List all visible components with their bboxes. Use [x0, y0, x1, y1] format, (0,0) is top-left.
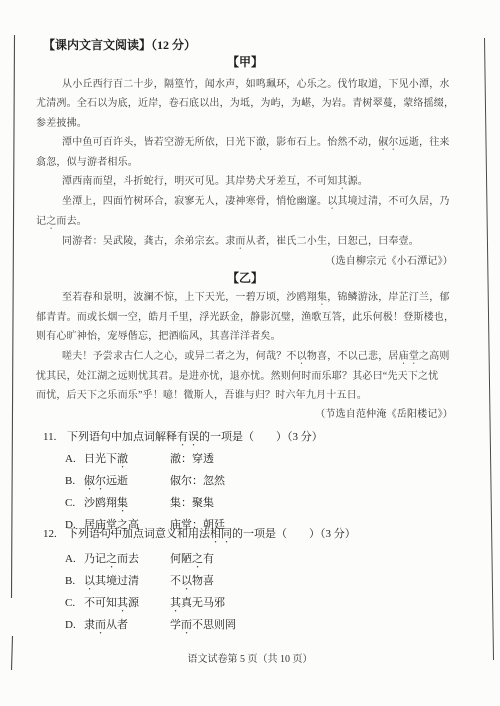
question-stem: 下列语句中加点词解释有误的一项是（ ）（3 分） — [67, 427, 323, 449]
q11-option-c: C. 沙鸥翔集 集：聚集 — [36, 493, 464, 515]
option-letter: B. — [65, 471, 84, 493]
text-segment: 有 — [203, 553, 214, 565]
option-letter: B. — [65, 571, 84, 593]
option-letter: C. — [65, 493, 84, 515]
text-segment: 隶 — [84, 619, 95, 631]
emphasized-text: 其 — [337, 176, 347, 187]
q12-option-d: D. 隶而从者 学而不思则罔 — [36, 615, 464, 637]
passage-line: 尤清冽。全石以为底，近岸，卷石底以出，为坻，为屿，为嵁，为岩。青树翠蔓，蒙络摇缀… — [36, 94, 454, 113]
section-header: 【课内文言文阅读】（12 分） — [43, 37, 196, 53]
q12-option-c: C. 不可知其源 其真无马邪 — [36, 593, 464, 615]
option-phrase-left: 乃记之而去 — [84, 549, 170, 571]
passage-line: 潭中鱼可百许头，皆若空游无所依，日光下澈，影布石上。怡然不动，俶尔远逝，往来 — [36, 133, 454, 153]
passage-line: 嗟夫！予尝求古仁人之心，或异二者之为，何哉？不以物喜，不以己悲，居庙堂之高则 — [36, 347, 454, 367]
option-gloss: 集：聚集 — [170, 493, 214, 515]
option-letter: C. — [65, 593, 84, 615]
q12-option-b: B. 以其境过清 不以物喜 — [36, 571, 464, 593]
text-segment: 不 — [170, 575, 181, 587]
emphasized-text: 之 — [192, 553, 203, 565]
passage-line: 从小丘西行百二十步，隔篁竹，闻水声，如鸣珮环，心乐之。伐竹取道，下见小潭，水 — [36, 75, 454, 94]
emphasized-text: 而 — [235, 236, 245, 247]
text-segment: 澈：穿透 — [170, 453, 214, 465]
emphasized-text: 有误 — [177, 431, 199, 443]
text-segment: 不思则罔 — [192, 619, 236, 631]
text-segment: 下列语句中加点词解释 — [67, 431, 177, 443]
text-segment: ，影布石上。怡然不动， — [266, 137, 378, 148]
passage-line: 坐潭上，四面竹树环合，寂寥无人，凄神寒骨，悄怆幽邃。以其境过清，不可久居，乃 — [36, 192, 454, 212]
passage-yi-title: 【乙】 — [36, 270, 454, 286]
text-segment: 翕忽，似与游者相乐。 — [36, 157, 138, 168]
q12-option-a: A. 乃记之而去 何陋之有 — [36, 549, 464, 571]
text-segment: 何陋 — [170, 553, 192, 565]
question-11-stem-row: 11. 下列语句中加点词解释有误的一项是（ ）（3 分） — [36, 427, 464, 449]
text-segment: 物喜，不以己悲，居 — [307, 351, 399, 362]
option-phrase-left: 不可知其源 — [84, 593, 170, 615]
text-segment: 至若春和景明，波澜不惊，上下天光，一碧万顷，沙鸥翔 — [62, 292, 317, 303]
passage-jia-attribution: （选自柳宗元《小石潭记》） — [36, 252, 454, 271]
page-footer: 语文试卷第 5 页（共 10 页） — [0, 652, 500, 668]
emphasized-text: 澈 — [117, 453, 128, 465]
text-segment: 郁青青。而或长烟一空，皓月千里，浮光跃金，静影沉璧，渔歌互答，此乐何极！登斯楼也… — [36, 312, 454, 323]
option-phrase: 俶尔远逝 — [84, 471, 170, 493]
passage-line: 同游者：吴武陵，龚古，余弟宗玄。隶而从者，崔氏二小生，曰恕己，曰奉壹。 — [36, 232, 454, 252]
text-segment: 而忧，后天下之乐而乐”乎！噫！微斯人，吾谁与归？时六年九月十五日。 — [36, 390, 367, 401]
scan-edge-right — [485, 38, 494, 660]
emphasized-text: 之 — [46, 216, 56, 227]
emphasized-text: 以 — [84, 575, 95, 587]
text-segment: 下列语句中加点词意义和用法 — [67, 528, 210, 540]
text-segment: 学 — [170, 619, 181, 631]
text-segment: 的一项是（ ）（3 分） — [199, 431, 323, 443]
q11-option-a: A. 日光下澈 澈：穿透 — [36, 449, 464, 471]
text-segment: 集：聚集 — [170, 497, 214, 509]
question-12-options: A. 乃记之而去 何陋之有 B. 以其境过清 不以物喜 C. 不可知其源 其真无… — [36, 549, 464, 637]
emphasized-text: 集 — [317, 292, 327, 303]
option-gloss: 澈：穿透 — [170, 449, 214, 471]
text-segment: 物喜 — [192, 575, 214, 587]
text-segment: 忧其民，处江湖之远则忧其君。是进亦忧，退亦忧。然则何时而乐耶？其必曰“先天下之忧 — [36, 371, 438, 382]
text-segment: 其境过清 — [95, 575, 139, 587]
text-segment: 则有心旷神怡，宠辱偕忘，把酒临风，其喜洋洋者矣。 — [36, 331, 281, 342]
emphasized-text: 俶尔 — [84, 475, 106, 487]
q11-option-b: B. 俶尔远逝 俶尔：忽然 — [36, 471, 464, 493]
question-11: 11. 下列语句中加点词解释有误的一项是（ ）（3 分） A. 日光下澈 澈：穿… — [36, 427, 464, 537]
text-segment: 嗟夫！予尝求古仁人之心，或异二者之为，何哉？不 — [62, 351, 297, 362]
text-segment: 真无马邪 — [181, 597, 225, 609]
option-phrase-right: 学而不思则罔 — [170, 615, 236, 637]
text-segment: 坐潭上，四面竹树环合，寂寥无人，凄神寒骨，悄怆幽邃。 — [62, 196, 327, 207]
option-phrase-right: 不以物喜 — [170, 571, 214, 593]
emphasized-text: 其 — [117, 597, 128, 609]
text-segment: 源 — [128, 597, 139, 609]
text-segment: 潭中鱼可百许头，皆若空游无所依，日光下 — [62, 137, 256, 148]
emphasized-text: 之 — [106, 553, 117, 565]
option-phrase-right: 何陋之有 — [170, 549, 214, 571]
option-phrase: 日光下澈 — [84, 449, 170, 471]
option-letter: A. — [65, 449, 84, 471]
emphasized-text: 以 — [181, 575, 192, 587]
option-phrase-left: 以其境过清 — [84, 571, 170, 593]
passage-line: 翕忽，似与游者相乐。 — [36, 153, 454, 172]
emphasized-text: 而 — [181, 619, 192, 631]
text-segment: 乃记 — [84, 553, 106, 565]
text-segment: 源。 — [348, 176, 368, 187]
text-segment: 俶尔：忽然 — [170, 475, 225, 487]
option-phrase-right: 其真无马邪 — [170, 593, 225, 615]
passage-line: 则有心旷神怡，宠辱偕忘，把酒临风，其喜洋洋者矣。 — [36, 327, 454, 346]
scan-edge-left — [12, 35, 15, 598]
emphasized-text: 庙堂 — [399, 351, 419, 362]
question-stem: 下列语句中加点词意义和用法相同的一项是（ ）（3 分） — [67, 524, 356, 546]
text-segment: 之高则 — [419, 351, 450, 362]
text-segment: 而去。 — [56, 216, 87, 227]
question-12-stem-row: 12. 下列语句中加点词意义和用法相同的一项是（ ）（3 分） — [36, 524, 464, 546]
option-phrase: 沙鸥翔集 — [84, 493, 170, 515]
text-segment: 沙鸥翔 — [84, 497, 117, 509]
text-segment: 远逝，往来 — [399, 137, 450, 148]
emphasized-text: 而 — [95, 619, 106, 631]
text-segment: 日光下 — [84, 453, 117, 465]
text-segment: 潭西南而望，斗折蛇行，明灭可见。其岸势犬牙差互，不可知 — [62, 176, 337, 187]
text-segment: 其境过清，不可久居，乃 — [337, 196, 449, 207]
emphasized-text: 以 — [327, 196, 337, 207]
emphasized-text: 相同 — [210, 528, 232, 540]
emphasized-text: 集 — [117, 497, 128, 509]
question-12: 12. 下列语句中加点词意义和用法相同的一项是（ ）（3 分） A. 乃记之而去… — [36, 524, 464, 637]
option-letter: D. — [65, 615, 84, 637]
passage-line: 至若春和景明，波澜不惊，上下天光，一碧万顷，沙鸥翔集，锦鳞游泳，岸芷汀兰，郁 — [36, 288, 454, 308]
emphasized-text: 其 — [170, 597, 181, 609]
question-number: 11. — [43, 427, 67, 449]
emphasized-text: 俶尔 — [378, 137, 398, 148]
option-letter: A. — [65, 549, 84, 571]
text-segment: 记 — [36, 216, 46, 227]
passage-jia-title: 【甲】 — [36, 54, 454, 70]
emphasized-text: 以 — [297, 351, 307, 362]
passage-jia-body: 从小丘西行百二十步，隔篁竹，闻水声，如鸣珮环，心乐之。伐竹取道，下见小潭，水 尤… — [36, 75, 454, 271]
text-segment: 远逝 — [106, 475, 128, 487]
text-segment: 从小丘西行百二十步，隔篁竹，闻水声，如鸣珮环，心乐之。伐竹取道，下见小潭，水 — [62, 79, 450, 90]
passage-line: 记之而去。 — [36, 212, 454, 232]
question-number: 12. — [43, 524, 67, 546]
passage-line: 忧其民，处江湖之远则忧其君。是进亦忧，退亦忧。然则何时而乐耶？其必曰“先天下之忧 — [36, 367, 454, 386]
text-segment: 从者 — [106, 619, 128, 631]
passage-line: 郁青青。而或长烟一空，皓月千里，浮光跃金，静影沉璧，渔歌互答，此乐何极！登斯楼也… — [36, 308, 454, 327]
text-segment: 的一项是（ ）（3 分） — [232, 528, 356, 540]
option-phrase-left: 隶而从者 — [84, 615, 170, 637]
text-segment: 参差披拂。 — [36, 118, 87, 129]
passage-yi-body: 至若春和景明，波澜不惊，上下天光，一碧万顷，沙鸥翔集，锦鳞游泳，岸芷汀兰，郁 郁… — [36, 288, 454, 424]
text-segment: 尤清冽。全石以为底，近岸，卷石底以出，为坻，为屿，为嵁，为岩。青树翠蔓，蒙络摇缀… — [36, 98, 454, 109]
exam-page: 【课内文言文阅读】（12 分） 【甲】 从小丘西行百二十步，隔篁竹，闻水声，如鸣… — [0, 0, 500, 706]
text-segment: 从者，崔氏二小生，曰恕己，曰奉壹。 — [246, 236, 419, 247]
text-segment: 不可知 — [84, 597, 117, 609]
passage-line: 潭西南而望，斗折蛇行，明灭可见。其岸势犬牙差互，不可知其源。 — [36, 172, 454, 192]
text-segment: ，锦鳞游泳，岸芷汀兰，郁 — [327, 292, 449, 303]
text-segment: 同游者：吴武陵，龚古，余弟宗玄。隶 — [62, 236, 235, 247]
passage-yi-attribution: （节选自范仲淹《岳阳楼记》） — [36, 405, 454, 424]
text-segment: 而去 — [117, 553, 139, 565]
passage-line: 而忧，后天下之乐而乐”乎！噫！微斯人，吾谁与归？时六年九月十五日。 — [36, 386, 454, 405]
passage-line: 参差披拂。 — [36, 114, 454, 133]
emphasized-text: 澈 — [256, 137, 266, 148]
option-gloss: 俶尔：忽然 — [170, 471, 225, 493]
